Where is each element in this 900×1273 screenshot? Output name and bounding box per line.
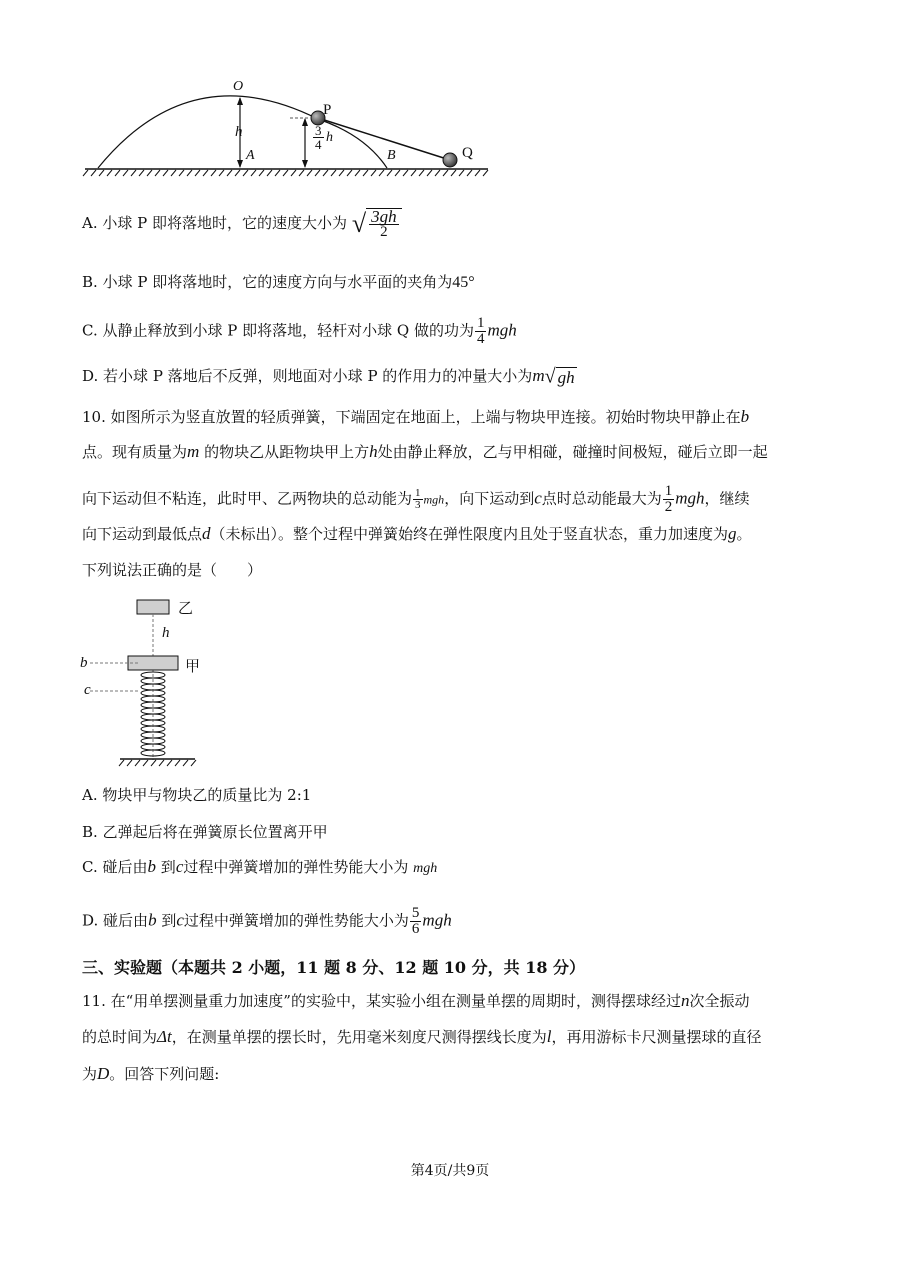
figure-spring bbox=[80, 595, 220, 770]
q11-line2: 的总时间为Δt，在测量单摆的摆长时，先用毫米刻度尺测得摆线长度为l，再用游标卡尺… bbox=[82, 1027, 761, 1047]
q9-option-c: C. 从静止释放到小球 P 即将落地，轻杆对小球 Q 做的功为14mgh bbox=[82, 316, 517, 347]
q11-line1: 11. 在“用单摆测量重力加速度”的实验中，某实验小组在测量单摆的周期时，测得摆… bbox=[82, 991, 749, 1011]
label-jia: 甲 bbox=[185, 655, 200, 676]
label-yi: 乙 bbox=[178, 597, 193, 618]
q10-option-d: D. 碰后由b 到c过程中弹簧增加的弹性势能大小为56mgh bbox=[82, 906, 452, 937]
label-three-quarter: 34 bbox=[313, 124, 324, 151]
q10-stem-line3: 向下运动但不粘连，此时甲、乙两物块的总动能为13mgh，向下运动到c点时总动能最… bbox=[82, 484, 750, 515]
label-c: c bbox=[84, 682, 91, 699]
q11-line3: 为D。回答下列问题: bbox=[82, 1064, 219, 1084]
sqrt-expression: √3gh2 bbox=[352, 208, 402, 240]
figure-hill-rod bbox=[80, 75, 500, 180]
q10-option-c: C. 碰后由b 到c过程中弹簧增加的弹性势能大小为 mgh bbox=[82, 857, 437, 879]
label-34h-var: h bbox=[326, 130, 333, 146]
ball-q bbox=[443, 153, 457, 167]
q10-option-a: A. 物块甲与物块乙的质量比为 2:1 bbox=[82, 785, 311, 805]
label-P: P bbox=[323, 102, 331, 119]
q10-option-b: B. 乙弹起后将在弹簧原长位置离开甲 bbox=[82, 822, 328, 842]
q10-stem-line1: 10. 如图所示为竖直放置的轻质弹簧，下端固定在地面上，上端与物块甲连接。初始时… bbox=[82, 407, 749, 427]
page-number: 第4页/共9页 bbox=[0, 1160, 900, 1180]
q10-stem-line2: 点。现有质量为m 的物块乙从距物块甲上方h处由静止释放，乙与甲相碰，碰撞时间极短… bbox=[82, 442, 768, 462]
q10-stem-line4: 向下运动到最低点d（未标出）。整个过程中弹簧始终在弹性限度内且处于竖直状态，重力… bbox=[82, 524, 752, 544]
label-B: B bbox=[387, 148, 396, 164]
q9-option-a: A. 小球 P 即将落地时，它的速度大小为 √3gh2 bbox=[82, 208, 402, 240]
q9-option-d: D. 若小球 P 落地后不反弹，则地面对小球 P 的作用力的冲量大小为m√gh bbox=[82, 366, 577, 388]
label-O: O bbox=[233, 79, 243, 95]
label-h: h bbox=[235, 124, 243, 141]
label-A: A bbox=[246, 148, 255, 164]
label-Q: Q bbox=[462, 145, 473, 162]
q10-stem-line5: 下列说法正确的是（ ） bbox=[82, 560, 262, 580]
section-heading: 三、实验题（本题共 2 小题，11 题 8 分、12 题 10 分，共 18 分… bbox=[82, 958, 585, 978]
q9-option-b: B. 小球 P 即将落地时，它的速度方向与水平面的夹角为45° bbox=[82, 272, 475, 293]
label-h2: h bbox=[162, 625, 170, 642]
label-b: b bbox=[80, 655, 88, 672]
